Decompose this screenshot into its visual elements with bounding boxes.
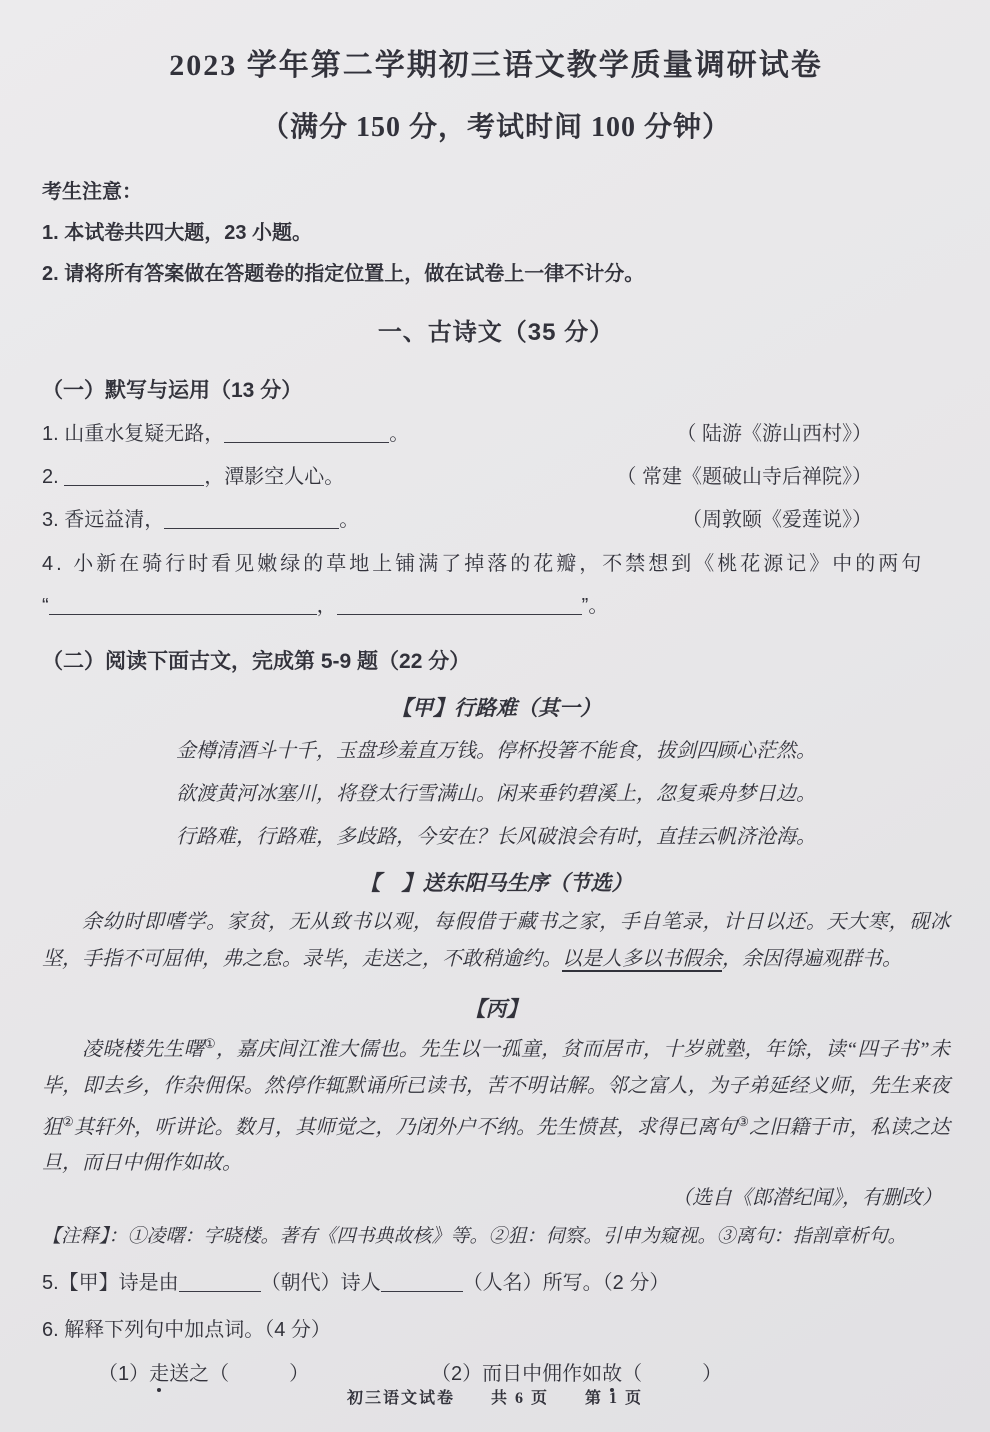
question-2-pre: 2. (42, 466, 64, 488)
footnote-marker-3: ③ (737, 1114, 749, 1129)
question-3-source: （周敦颐《爱莲说》） (682, 505, 872, 535)
question-4-line2: “，”。 (42, 591, 950, 621)
part-two-heading: （二）阅读下面古文，完成第 5-9 题（22 分） (42, 647, 950, 677)
question-1-pre: 1. 山重水复疑无路， (42, 423, 224, 445)
question-2-source: （ 常建《题破山寺后禅院》） (616, 462, 872, 492)
question-1-blank (224, 421, 389, 443)
passage-yi-paragraph: 余幼时即嗜学。家贫，无从致书以观，每假借于藏书之家，手自笔录，计日以还。天大寒，… (42, 904, 950, 978)
question-5-part3: （人名）所写。（2 分） (463, 1272, 670, 1294)
bing-seg-1: 凌晓楼先生曙 (82, 1039, 204, 1061)
yi-text-after: ，余因得遍观群书。 (722, 948, 902, 970)
notice-item-1: 1. 本试卷共四大题，23 小题。 (42, 219, 950, 247)
section-one-heading: 一、古诗文（35 分） (42, 316, 950, 350)
q6-sub2-pre: （2）而日中佣作如 (431, 1363, 602, 1385)
exam-paper-page: 2023 学年第二学期初三语文教学质量调研试卷 （满分 150 分，考试时间 1… (0, 0, 990, 1432)
q6-sub2-dotted-char: 故 (602, 1363, 622, 1385)
paper-subtitle: （满分 150 分，考试时间 100 分钟） (42, 108, 950, 148)
q6-sub2-post: （ ） (622, 1363, 722, 1385)
question-2-blank (64, 464, 204, 486)
question-3-pre: 3. 香远益清， (42, 509, 164, 531)
notice-heading: 考生注意： (42, 178, 950, 206)
poem-line-1: 金樽清酒斗十千，玉盘珍羞直万钱。停杯投箸不能食，拔剑四顾心茫然。 (42, 736, 950, 766)
q6-sub1-pre: （1） (98, 1363, 149, 1385)
notice-item-2: 2. 请将所有答案做在答题卷的指定位置上，做在试卷上一律不计分。 (42, 260, 950, 288)
passage-yi-title: 【 】送东阳马生序（节选） (42, 868, 950, 898)
passage-bing-title: 【丙】 (42, 994, 950, 1024)
question-5-blank-2 (381, 1270, 463, 1292)
bing-seg-3: 其轩外，听讲论。数月，其师觉之，乃闭外户不纳。先生愤甚，求得已离句 (74, 1116, 737, 1138)
question-2-post: ，潭影空人心。 (204, 466, 344, 488)
question-1-post: 。 (389, 423, 409, 445)
question-3-post: 。 (339, 509, 359, 531)
part-one-heading: （一）默写与运用（13 分） (42, 376, 950, 406)
q6-sub1-dotted-char: 走 (149, 1363, 169, 1385)
poem-line-3: 行路难，行路难，多歧路，今安在？长风破浪会有时，直挂云帆济沧海。 (42, 822, 950, 852)
footnote-marker-2: ② (62, 1114, 74, 1129)
passage-jia-title: 【甲】行路难（其一） (42, 693, 950, 723)
question-4-line1: 4. 小新在骑行时看见嫩绿的草地上铺满了掉落的花瓣，不禁想到《桃花源记》中的两句 (42, 549, 950, 579)
question-2-row: 2. ，潭影空人心。 （ 常建《题破山寺后禅院》） (42, 462, 950, 492)
page-footer: 初三语文试卷 共 6 页 第 1 页 (0, 1385, 990, 1408)
question-1-row: 1. 山重水复疑无路，。 （ 陆游《游山西村》） (42, 419, 950, 449)
yi-underlined-phrase: 以是人多以书假余 (562, 948, 722, 970)
q6-sub1-post: 送之（ ） (169, 1363, 309, 1385)
footnote-marker-1: ① (204, 1036, 216, 1051)
question-3-blank (164, 507, 339, 529)
question-5-part2: （朝代）诗人 (261, 1272, 381, 1294)
question-5-blank-1 (179, 1270, 261, 1292)
bing-source-attribution: （选自《郎潜纪闻》，有删改） (42, 1183, 950, 1213)
question-5-part1: 5.【甲】诗是由 (42, 1272, 179, 1294)
question-4-blank-1 (49, 593, 317, 615)
question-4-blank-2 (337, 593, 582, 615)
question-1-source: （ 陆游《游山西村》） (676, 419, 872, 449)
question-2-text: 2. ，潭影空人心。 (42, 462, 344, 492)
question-6-heading: 6. 解释下列句中加点词。（4 分） (42, 1315, 950, 1345)
question-3-text: 3. 香远益清，。 (42, 505, 359, 535)
question-1-text: 1. 山重水复疑无路，。 (42, 419, 409, 449)
question-3-row: 3. 香远益清，。 （周敦颐《爱莲说》） (42, 505, 950, 535)
question-5-line: 5.【甲】诗是由（朝代）诗人（人名）所写。（2 分） (42, 1268, 950, 1298)
paper-title: 2023 学年第二学期初三语文教学质量调研试卷 (42, 46, 950, 86)
question-4-quote-close: ”。 (582, 595, 609, 617)
question-4-quote-open: “ (42, 595, 49, 617)
passage-bing-paragraph: 凌晓楼先生曙①，嘉庆间江淮大儒也。先生以一孤童，贫而居市，十岁就塾，年馀，读“四… (42, 1026, 950, 1181)
question-4-comma: ， (317, 595, 337, 617)
poem-line-2: 欲渡黄河冰塞川，将登太行雪满山。闲来垂钓碧溪上，忽复乘舟梦日边。 (42, 779, 950, 809)
footnotes-line: 【注释】：①凌曙：字晓楼。著有《四书典故核》等。②狙：伺察。引申为窥视。③离句：… (42, 1223, 950, 1251)
